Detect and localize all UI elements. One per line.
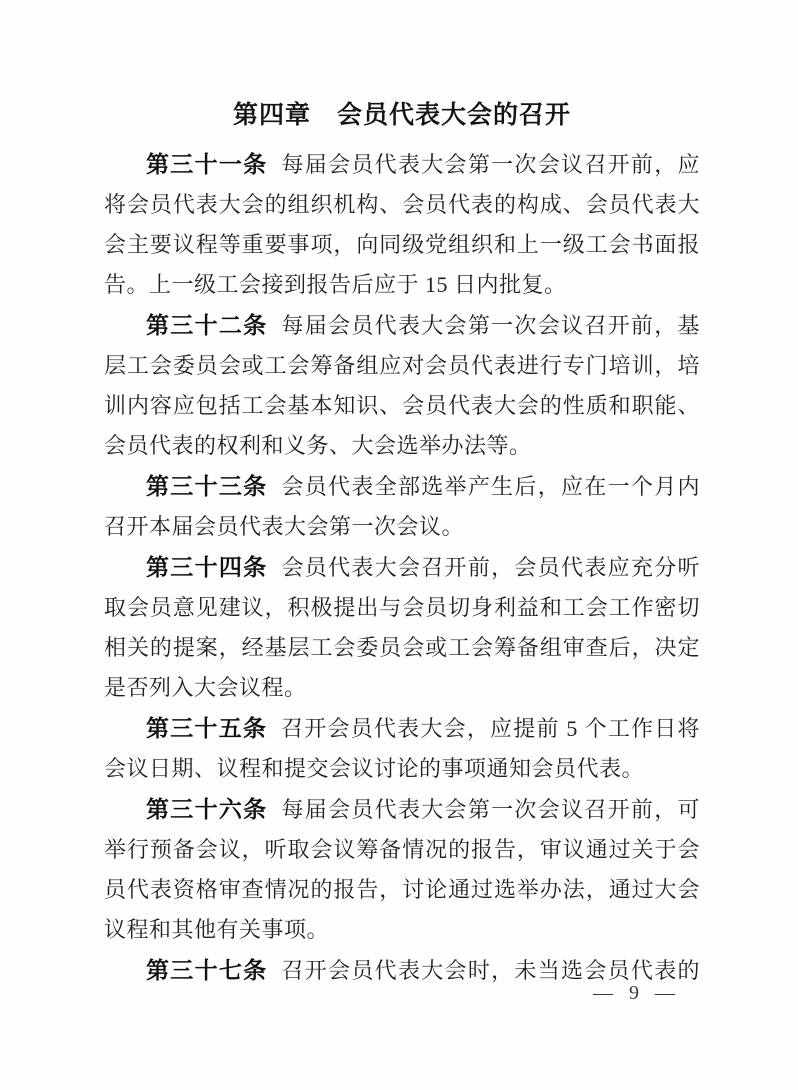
text-line: 是否列入大会议程。 [104, 668, 700, 708]
document-page: 第四章 会员代表大会的召开 第三十一条每届会员代表大会第一次会议召开前，应将会员… [0, 0, 798, 1090]
text-line: 第三十四条会员代表大会召开前，会员代表应充分听 [104, 547, 700, 588]
article-paragraph: 第三十五条召开会员代表大会，应提前 5 个工作日将会议日期、议程和提交会议讨论的… [104, 708, 700, 789]
text-line: 相关的提案，经基层工会委员会或工会筹备组审查后，决定 [104, 628, 700, 668]
article-number: 第三十四条 [146, 554, 267, 580]
article-number: 第三十三条 [146, 473, 267, 499]
text-line: 第三十五条召开会员代表大会，应提前 5 个工作日将 [104, 708, 700, 749]
article-number: 第三十二条 [146, 312, 267, 338]
text-line: 将会员代表大会的组织机构、会员代表的构成、会员代表大 [104, 185, 700, 225]
text-line: 会员代表的权利和义务、大会选举办法等。 [104, 426, 700, 466]
article-text: 召开会员代表大会，应提前 5 个工作日将 [281, 716, 700, 741]
text-line: 第三十三条会员代表全部选举产生后，应在一个月内 [104, 466, 700, 507]
document-body: 第三十一条每届会员代表大会第一次会议召开前，应将会员代表大会的组织机构、会员代表… [104, 144, 700, 991]
article-number: 第三十五条 [146, 715, 267, 741]
page-number: — 9 — [593, 982, 676, 1004]
article-text: 每届会员代表大会第一次会议召开前，基 [281, 313, 700, 338]
text-line: 第三十二条每届会员代表大会第一次会议召开前，基 [104, 305, 700, 346]
text-line: 召开本届会员代表大会第一次会议。 [104, 507, 700, 547]
article-number: 第三十六条 [146, 796, 267, 822]
article-paragraph: 第三十一条每届会员代表大会第一次会议召开前，应将会员代表大会的组织机构、会员代表… [104, 144, 700, 305]
chapter-title: 第四章 会员代表大会的召开 [104, 94, 700, 136]
text-line: 第三十一条每届会员代表大会第一次会议召开前，应 [104, 144, 700, 185]
article-number: 第三十一条 [146, 151, 267, 177]
article-text: 每届会员代表大会第一次会议召开前，应 [281, 152, 700, 177]
text-line: 员代表资格审查情况的报告，讨论通过选举办法，通过大会 [104, 870, 700, 910]
article-text: 会员代表大会召开前，会员代表应充分听 [281, 555, 700, 580]
text-line: 第三十六条每届会员代表大会第一次会议召开前，可 [104, 789, 700, 830]
text-line: 会议日期、议程和提交会议讨论的事项通知会员代表。 [104, 749, 700, 789]
text-line: 取会员意见建议，积极提出与会员切身利益和工会工作密切 [104, 588, 700, 628]
text-line: 会主要议程等重要事项，向同级党组织和上一级工会书面报 [104, 225, 700, 265]
article-text: 会员代表全部选举产生后，应在一个月内 [281, 474, 700, 499]
article-number: 第三十七条 [146, 957, 267, 983]
text-line: 层工会委员会或工会筹备组应对会员代表进行专门培训，培 [104, 346, 700, 386]
text-line: 训内容应包括工会基本知识、会员代表大会的性质和职能、 [104, 386, 700, 426]
article-paragraph: 第三十四条会员代表大会召开前，会员代表应充分听取会员意见建议，积极提出与会员切身… [104, 547, 700, 708]
article-paragraph: 第三十三条会员代表全部选举产生后，应在一个月内召开本届会员代表大会第一次会议。 [104, 466, 700, 547]
article-paragraph: 第三十六条每届会员代表大会第一次会议召开前，可举行预备会议，听取会议筹备情况的报… [104, 789, 700, 950]
text-line: 告。上一级工会接到报告后应于 15 日内批复。 [104, 265, 700, 305]
article-paragraph: 第三十二条每届会员代表大会第一次会议召开前，基层工会委员会或工会筹备组应对会员代… [104, 305, 700, 466]
text-line: 议程和其他有关事项。 [104, 910, 700, 950]
article-text: 每届会员代表大会第一次会议召开前，可 [281, 797, 700, 822]
text-line: 举行预备会议，听取会议筹备情况的报告，审议通过关于会 [104, 830, 700, 870]
article-text: 召开会员代表大会时，未当选会员代表的 [281, 958, 700, 983]
